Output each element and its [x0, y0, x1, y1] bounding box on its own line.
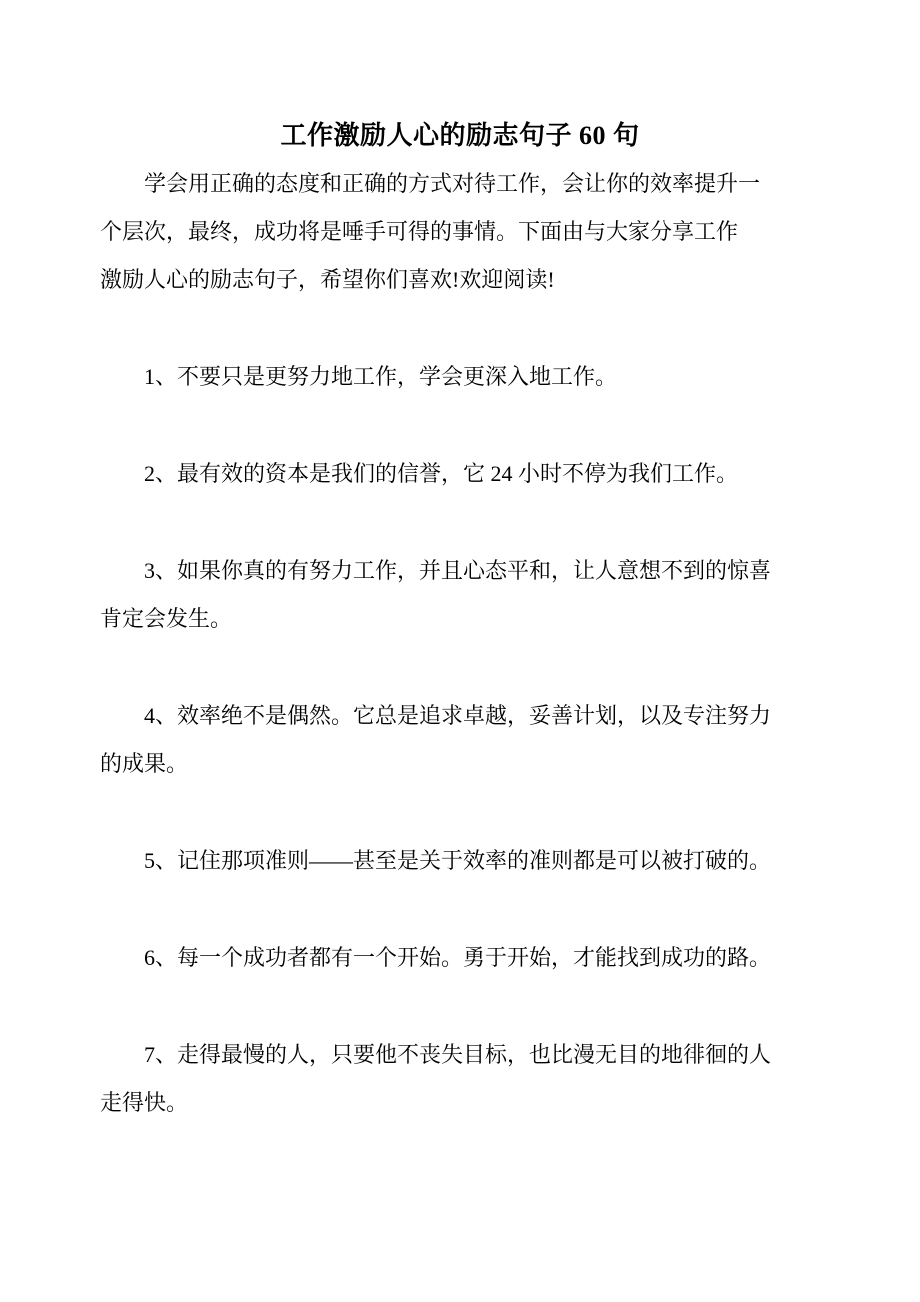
- document-page: 工作激励人心的励志句子 60 句 学会用正确的态度和正确的方式对待工作，会让你的…: [0, 0, 920, 1302]
- quote-item-7: 7、走得最慢的人，只要他不丧失目标，也比漫无目的地徘徊的人 走得快。: [100, 1031, 820, 1127]
- quote-item-3: 3、如果你真的有努力工作，并且心态平和，让人意想不到的惊喜 肯定会发生。: [100, 547, 820, 643]
- document-title: 工作激励人心的励志句子 60 句: [100, 112, 820, 160]
- quote-item-6: 6、每一个成功者都有一个开始。勇于开始，才能找到成功的路。: [100, 934, 820, 982]
- document-body: 学会用正确的态度和正确的方式对待工作，会让你的效率提升一 个层次，最终，成功将是…: [100, 160, 820, 1127]
- quote-item-4: 4、效率绝不是偶然。它总是追求卓越，妥善计划，以及专注努力 的成果。: [100, 692, 820, 788]
- quote-item-5: 5、记住那项准则——甚至是关于效率的准则都是可以被打破的。: [100, 837, 820, 885]
- quote-item-2: 2、最有效的资本是我们的信誉，它 24 小时不停为我们工作。: [100, 450, 820, 498]
- quote-item-1: 1、不要只是更努力地工作，学会更深入地工作。: [100, 353, 820, 401]
- intro-paragraph: 学会用正确的态度和正确的方式对待工作，会让你的效率提升一 个层次，最终，成功将是…: [100, 160, 820, 304]
